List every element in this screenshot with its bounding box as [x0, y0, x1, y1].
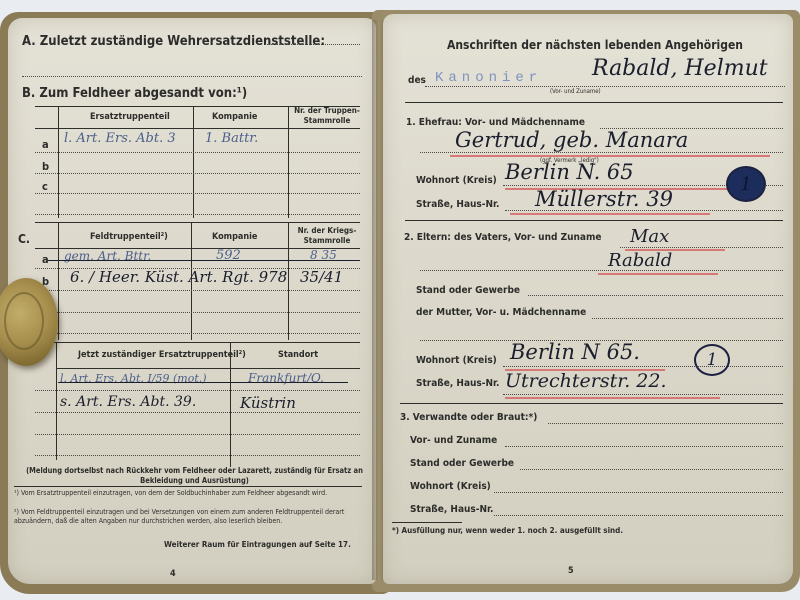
- handwritten-company: 1. Battr.: [205, 131, 258, 146]
- residence-label: Wohnort (Kreis): [416, 175, 497, 186]
- section-c-label: C.: [18, 232, 30, 246]
- rank-stamp: Kanonier: [435, 70, 542, 86]
- dotted-line: [35, 434, 360, 435]
- right-page: [383, 14, 793, 584]
- name-label: Vor- und Zuname: [410, 435, 497, 446]
- spouse-name: Gertrud, geb. Manara: [455, 128, 688, 152]
- col-header-standort: Standort: [278, 350, 318, 360]
- handwritten-location: Küstrin: [240, 394, 296, 412]
- dotted-line: [505, 446, 783, 447]
- residence-label: Wohnort (Kreis): [416, 355, 497, 366]
- coin-relief: [4, 292, 44, 350]
- dotted-line: [620, 247, 783, 248]
- spouse-street: Müllerstr. 39: [535, 187, 673, 211]
- parents-street: Utrechterstr. 22.: [505, 370, 667, 392]
- dotted-line: [35, 333, 360, 334]
- footnote: *) Ausfüllung nur, wenn weder 1. noch 2.…: [392, 526, 623, 535]
- row-letter-a: a: [42, 138, 49, 151]
- col-header-kompanie: Kompanie: [212, 112, 257, 122]
- dotted-line: [35, 152, 360, 153]
- dotted-line: [520, 469, 783, 470]
- street-label: Straße, Haus-Nr.: [416, 378, 499, 389]
- dotted-line: [528, 295, 783, 296]
- handwritten-unit-struck: l. Art. Ers. Abt. I/59 (mot.): [60, 372, 207, 385]
- strike-through: [58, 382, 348, 383]
- occupation-label: Stand oder Gewerbe: [410, 458, 514, 469]
- dotted-line: [548, 423, 783, 424]
- rule: [35, 342, 360, 343]
- rule: [288, 106, 289, 218]
- handwritten-roll-number: 35/41: [300, 268, 343, 286]
- left-page: [8, 18, 376, 584]
- holder-name: Rabald, Helmut: [592, 56, 768, 81]
- soldbuch-spread: A. Zuletzt zuständige Wehrersatzdienstst…: [0, 0, 800, 600]
- handwritten-unit: 6. / Heer. Küst. Art. Rgt. 978: [70, 268, 287, 286]
- rule: [405, 220, 783, 221]
- dotted-line: [592, 318, 783, 319]
- dotted-line: [35, 290, 360, 291]
- dotted-line: [35, 193, 360, 194]
- circled-mark-1: 1: [694, 344, 730, 376]
- dotted-line: [420, 152, 783, 153]
- handwritten-unit: l. Art. Ers. Abt. 3: [64, 131, 176, 146]
- section-3-label: 3. Verwandte oder Braut:*): [400, 412, 537, 423]
- rule: [58, 222, 59, 340]
- col-header-current-unit: Jetzt zuständiger Ersatztruppenteil²): [78, 350, 246, 360]
- footnote-2: ²) Vom Feldtruppenteil einzutragen und b…: [14, 508, 362, 526]
- rule: [35, 128, 360, 129]
- street-label: Straße, Haus-Nr.: [416, 199, 499, 210]
- red-underline: [505, 397, 720, 399]
- section-1-label: 1. Ehefrau: Vor- und Mädchenname: [406, 117, 585, 128]
- dotted-line: [265, 44, 360, 45]
- dotted-line: [494, 492, 783, 493]
- rule: [56, 368, 360, 369]
- page-number-left: 4: [170, 569, 176, 579]
- circled-mark-1: 1: [726, 166, 766, 202]
- rule: [288, 222, 289, 340]
- street-label: Straße, Haus-Nr.: [410, 504, 493, 515]
- dotted-line: [505, 210, 783, 211]
- col-header-ersatztruppenteil: Ersatztruppenteil: [90, 112, 170, 122]
- dotted-line: [503, 394, 783, 395]
- name-caption: (Vor- und Zuname): [550, 88, 601, 95]
- rule: [230, 342, 231, 467]
- col-header-stammrolle: Nr. der Truppen-Stammrolle: [293, 106, 361, 126]
- dotted-line: [35, 312, 360, 313]
- col-header-kriegsstammrolle: Nr. der Kriegs-Stammrolle: [293, 226, 361, 246]
- dotted-line: [420, 270, 783, 271]
- dotted-line: [35, 173, 360, 174]
- residence-label: Wohnort (Kreis): [410, 481, 491, 492]
- col-header-kompanie: Kompanie: [212, 232, 257, 242]
- continuation-note: Weiterer Raum für Eintragungen auf Seite…: [164, 540, 351, 549]
- dotted-line: [35, 214, 360, 215]
- section-2-label: 2. Eltern: des Vaters, Vor- und Zuname: [404, 232, 601, 243]
- red-underline: [450, 155, 770, 157]
- spouse-residence: Berlin N. 65: [505, 160, 634, 184]
- dotted-line: [35, 412, 360, 413]
- section-b-label: B. Zum Feldheer abgesandt von:¹): [22, 86, 247, 101]
- footnote-1: ¹) Vom Ersatztruppenteil einzutragen, vo…: [14, 489, 362, 498]
- page-title: Anschriften der nächsten lebenden Angehö…: [447, 38, 743, 52]
- dotted-line: [425, 86, 785, 87]
- rule: [56, 342, 57, 460]
- dotted-line: [22, 76, 362, 77]
- current-unit-note: (Meldung dortselbst nach Rückkehr vom Fe…: [22, 466, 367, 486]
- col-header-feldtruppenteil: Feldtruppenteil²): [90, 232, 168, 242]
- rule: [193, 106, 194, 218]
- occupation-label: Stand oder Gewerbe: [416, 285, 520, 296]
- page-number-right: 5: [568, 566, 574, 576]
- dotted-line: [494, 515, 783, 516]
- section-a-label: A. Zuletzt zuständige Wehrersatzdienstst…: [22, 34, 325, 49]
- rule: [35, 222, 360, 223]
- dotted-line: [503, 366, 783, 367]
- strike-through: [48, 260, 360, 261]
- row-letter-b: b: [42, 160, 49, 173]
- father-last-name: Rabald: [608, 250, 672, 271]
- handwritten-unit: s. Art. Ers. Abt. 39.: [60, 394, 196, 410]
- red-underline: [598, 273, 718, 275]
- rule: [14, 486, 362, 487]
- rule: [400, 403, 783, 404]
- parents-residence: Berlin N 65.: [510, 340, 640, 364]
- dotted-line: [35, 390, 360, 391]
- rule: [405, 102, 783, 103]
- row-letter-c: c: [42, 180, 48, 193]
- holder-prefix: des: [408, 75, 426, 86]
- rule: [58, 106, 59, 218]
- father-first-name: Max: [630, 226, 669, 247]
- mother-label: der Mutter, Vor- u. Mädchenname: [416, 307, 586, 318]
- rule: [392, 522, 462, 523]
- red-underline: [510, 213, 710, 215]
- dotted-line: [35, 455, 360, 456]
